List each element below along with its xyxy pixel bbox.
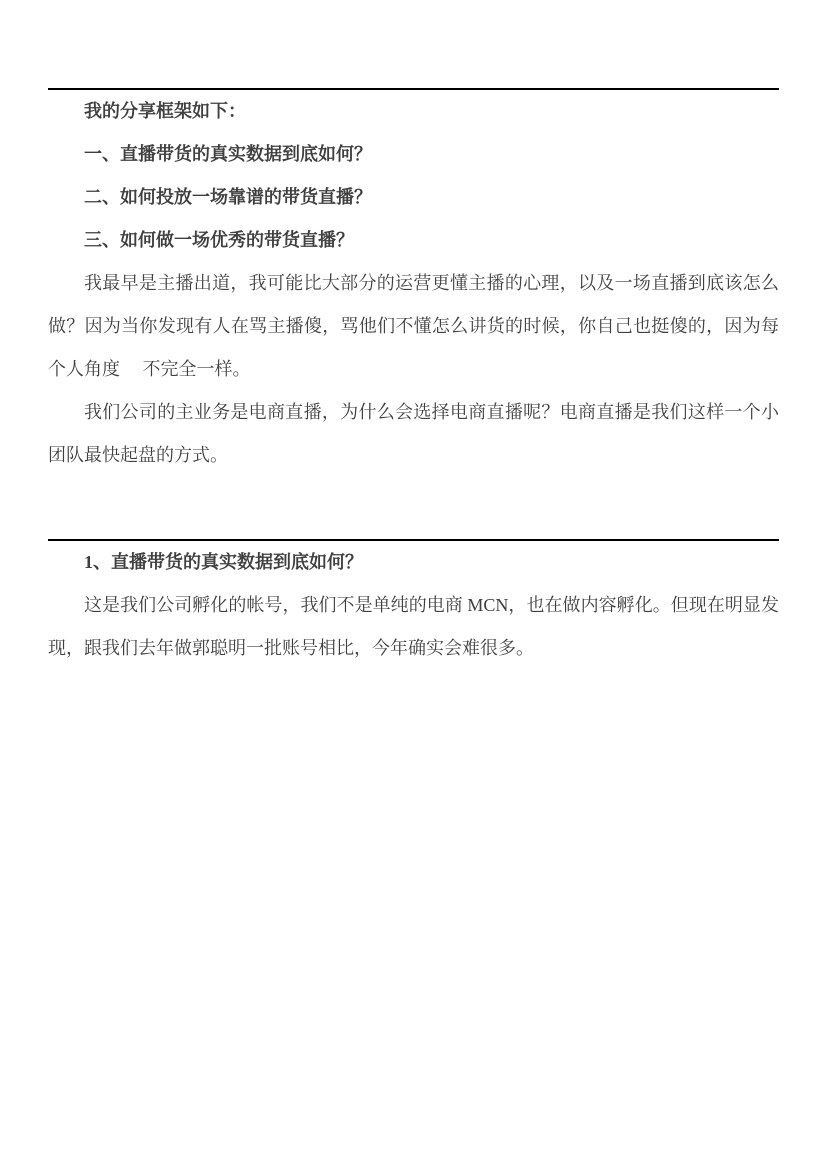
document-page: 我的分享框架如下： 一、直播带货的真实数据到底如何？ 二、如何投放一场靠谱的带货… — [0, 0, 827, 1169]
intro-paragraph-2: 我们公司的主业务是电商直播，为什么会选择电商直播呢？电商直播是我们这样一个小团队… — [48, 391, 779, 477]
framework-intro-line: 我的分享框架如下： — [48, 90, 779, 133]
outline-item-2: 二、如何投放一场靠谱的带货直播？ — [48, 176, 779, 219]
section-1-paragraph: 这是我们公司孵化的帐号，我们不是单纯的电商 MCN，也在做内容孵化。但现在明显发… — [48, 584, 779, 670]
section-1-heading: 1、直播带货的真实数据到底如何？ — [48, 541, 779, 584]
outline-item-3: 三、如何做一场优秀的带货直播？ — [48, 219, 779, 262]
intro-paragraph-1: 我最早是主播出道，我可能比大部分的运营更懂主播的心理，以及一场直播到底该怎么做？… — [48, 262, 779, 391]
outline-item-1: 一、直播带货的真实数据到底如何？ — [48, 133, 779, 176]
